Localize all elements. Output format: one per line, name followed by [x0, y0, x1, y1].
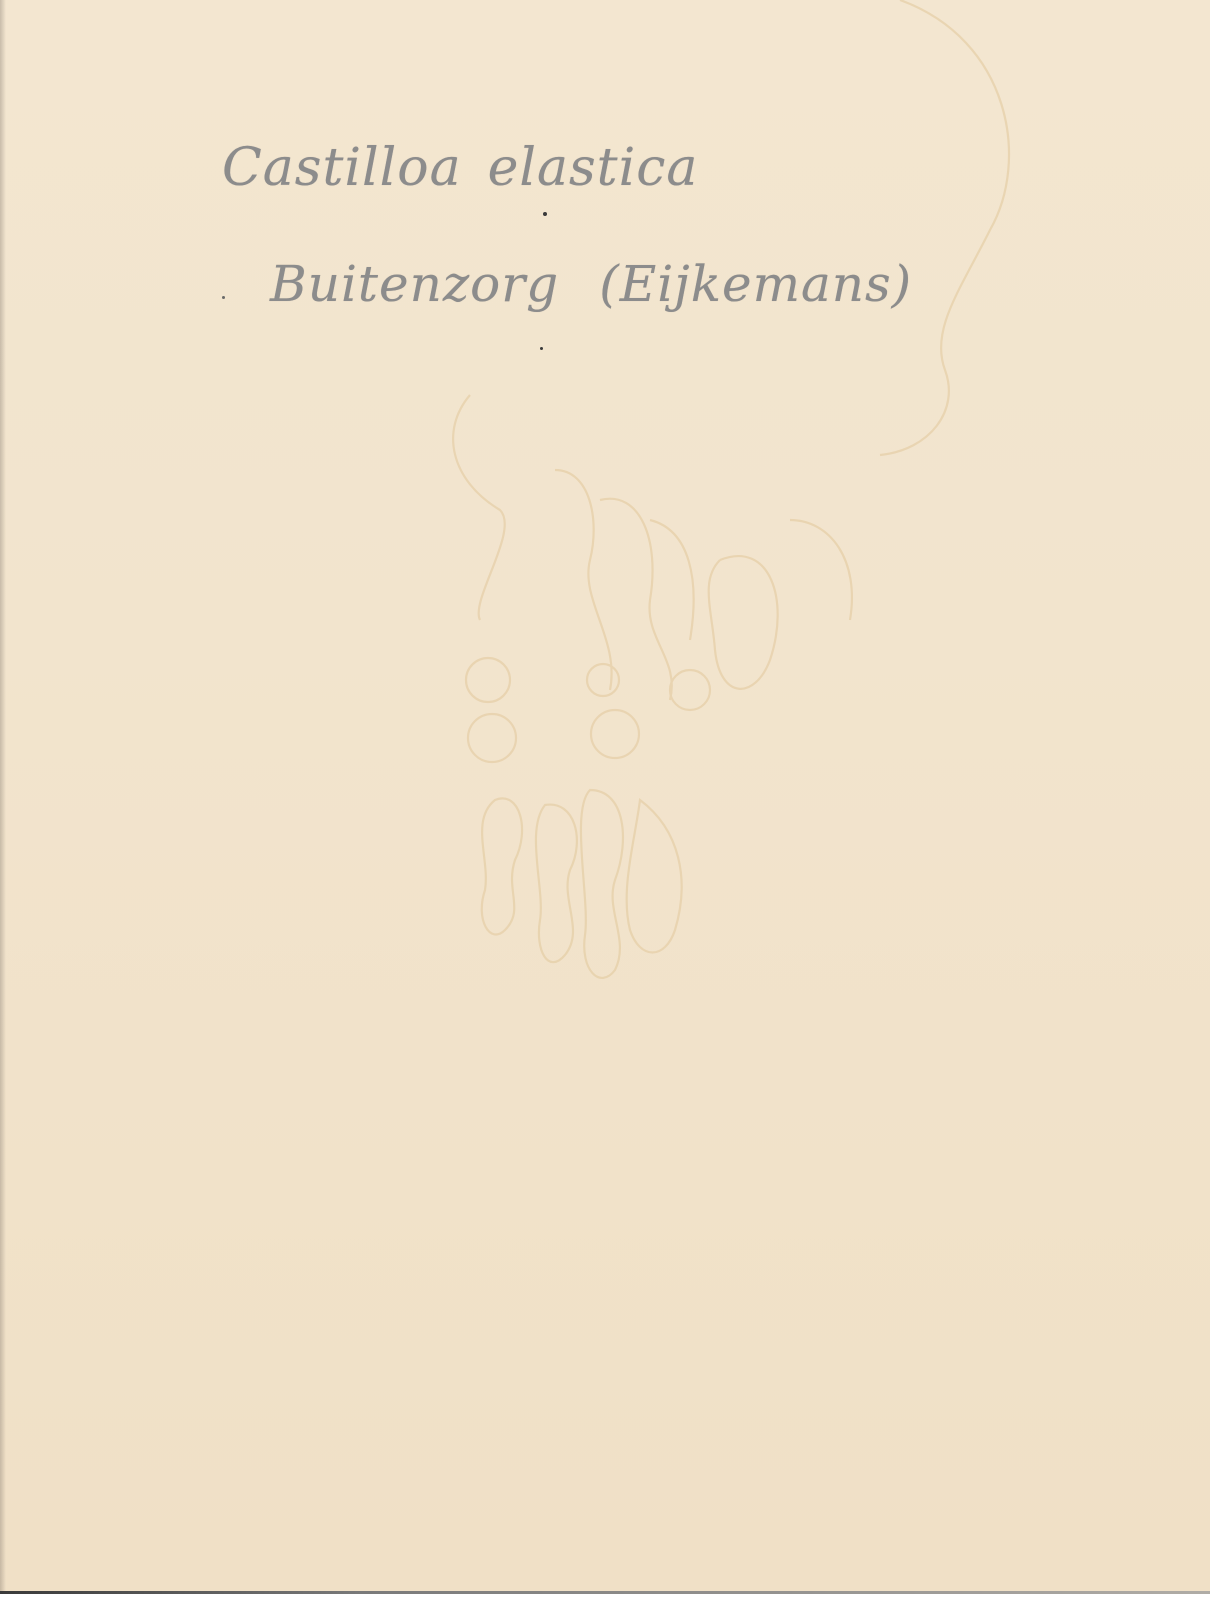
scanned-page: Castilloaelastica Buitenzorg(Eijkemans) [0, 0, 1210, 1593]
genus-text: Castilloa [222, 138, 462, 198]
locality-line: Buitenzorg(Eijkemans) [270, 255, 912, 313]
specimen-name: Castilloaelastica [222, 138, 698, 198]
scan-margin [0, 1594, 1210, 1600]
locality-text: Buitenzorg [270, 255, 559, 313]
pencil-dot [540, 347, 543, 350]
pencil-dot [222, 296, 225, 299]
bleed-through-illustration [0, 0, 1210, 1593]
pencil-dot [543, 212, 547, 216]
species-text: elastica [488, 138, 699, 198]
collector-text: (Eijkemans) [599, 255, 912, 313]
